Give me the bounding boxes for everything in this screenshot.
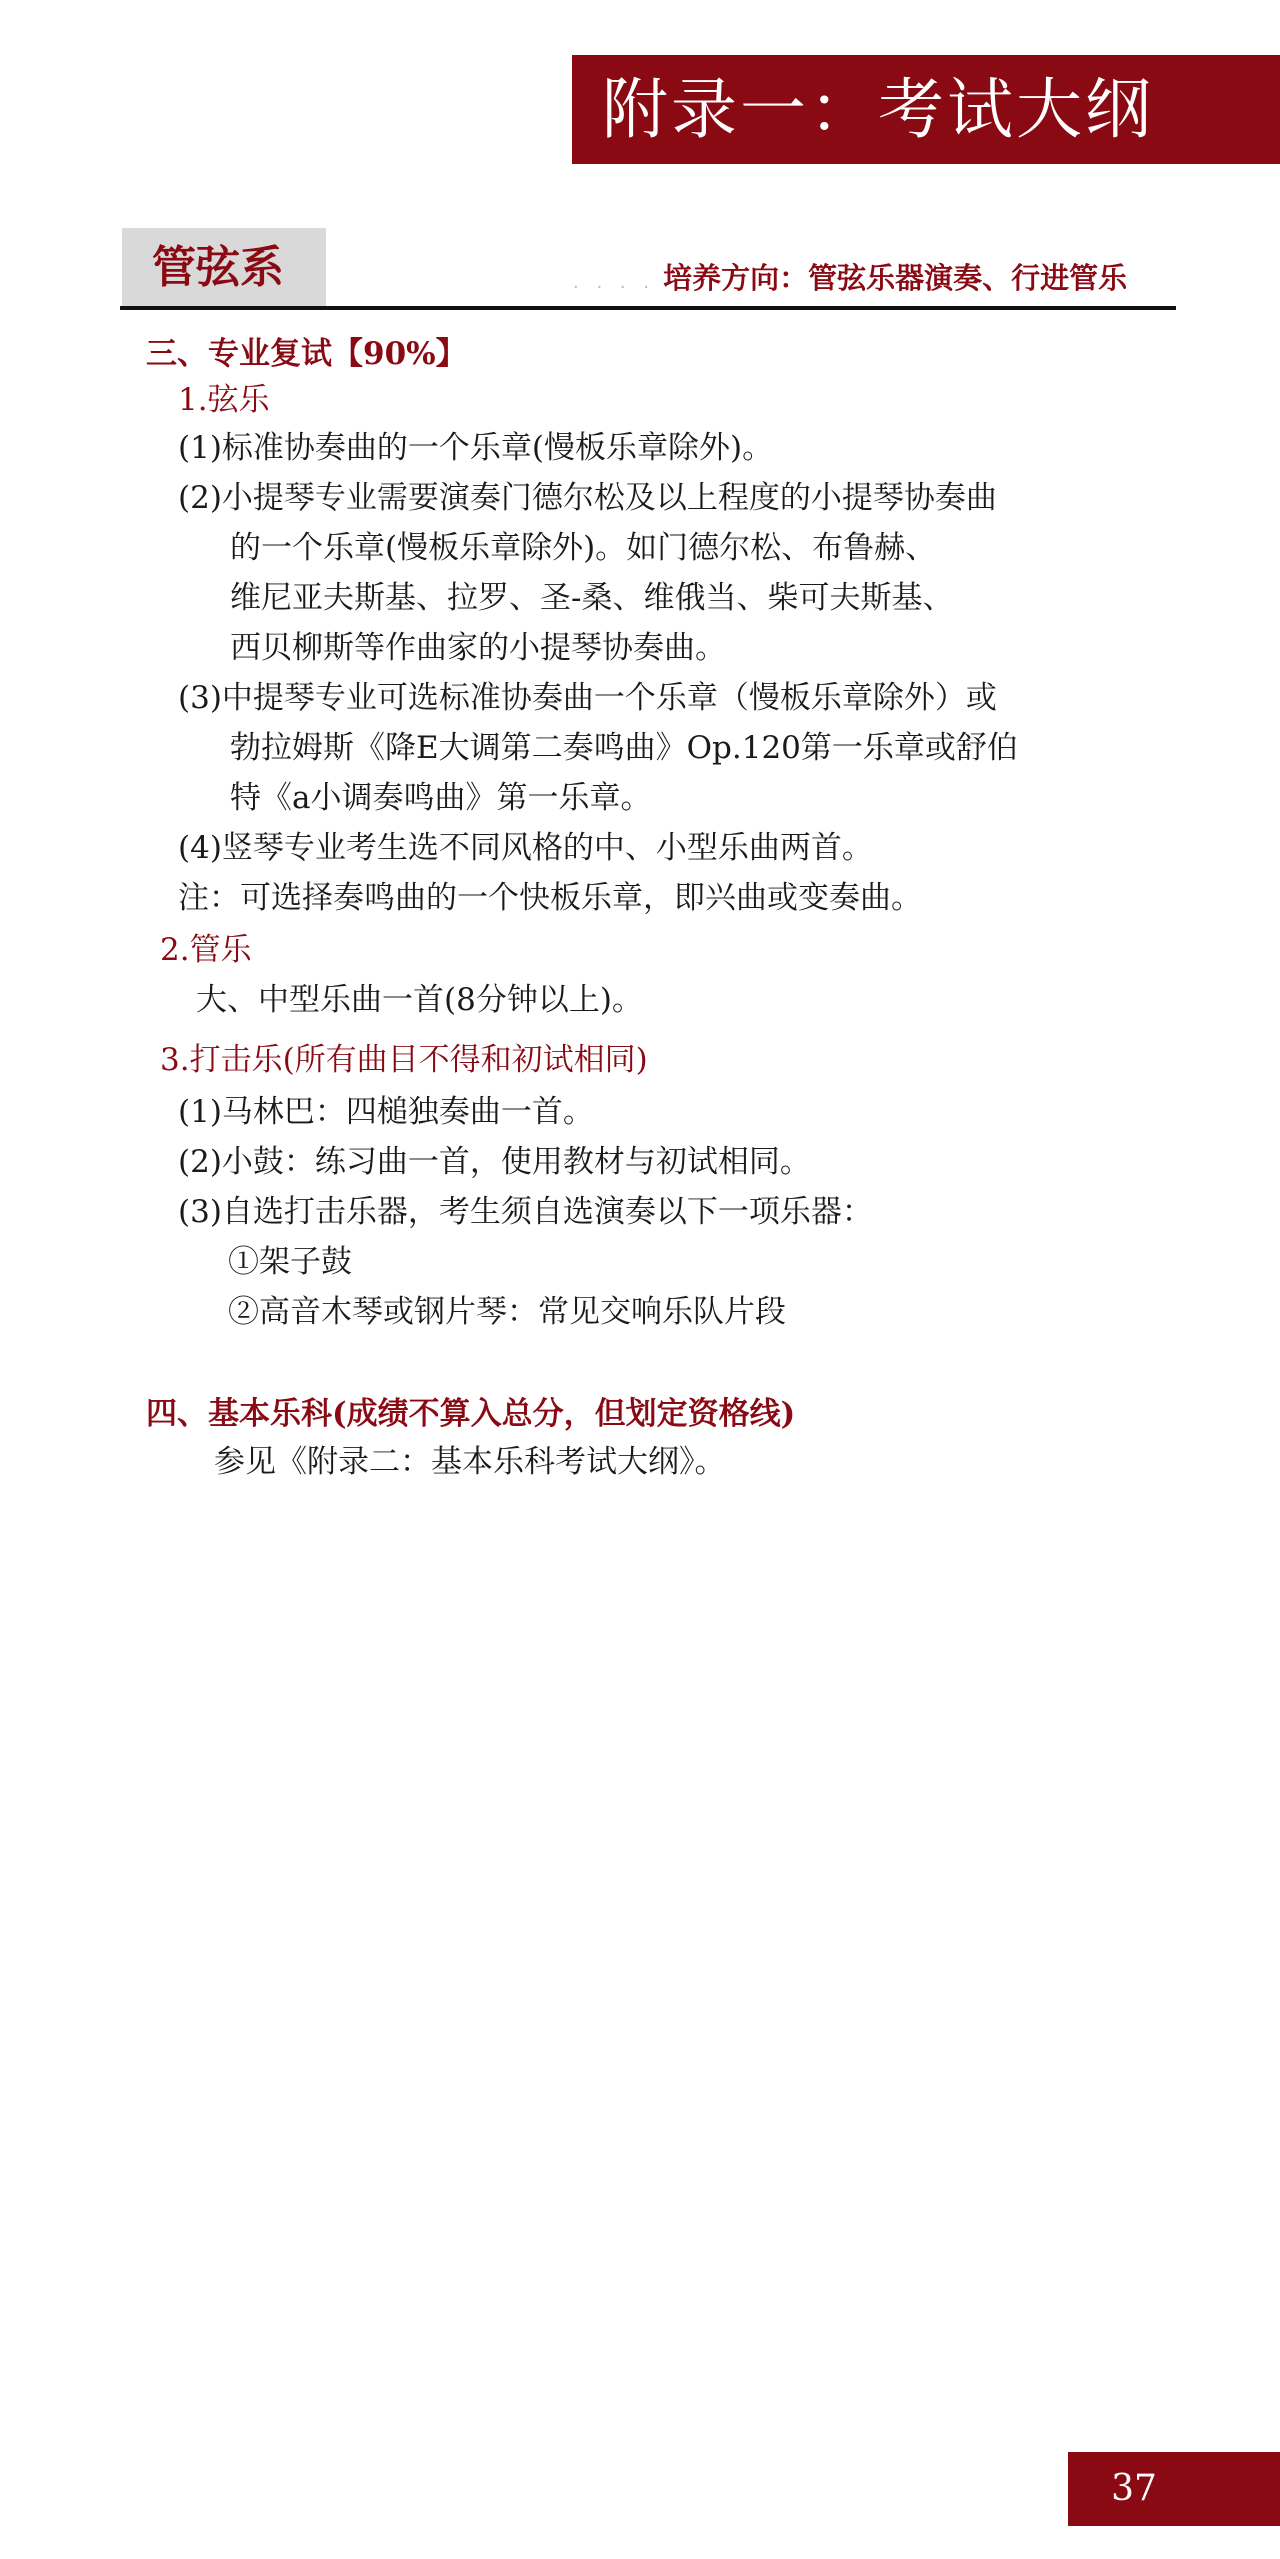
percussion-line: (3)自选打击乐器，考生须自选演奏以下一项乐器： [178,1190,873,1234]
strings-line: 特《a小调奏鸣曲》第一乐章。 [230,776,651,820]
department-name: 管弦系 [152,228,284,307]
strings-line: 维尼亚夫斯基、拉罗、圣-桑、维俄当、柴可夫斯基、 [230,576,953,620]
department-label-box: 管弦系 [122,228,326,307]
section-heading-professional-retest: 三、专业复试【90%】 [146,332,467,376]
subheading-strings: 1.弦乐 [178,378,270,422]
strings-note: 注：可选择奏鸣曲的一个快板乐章，即兴曲或变奏曲。 [178,876,922,920]
percussion-line: (2)小鼓：练习曲一首，使用教材与初试相同。 [178,1140,811,1184]
training-direction-text: 培养方向：管弦乐器演奏、行进管乐 [663,261,1127,295]
winds-line: 大、中型乐曲一首(8分钟以上)。 [196,978,643,1022]
strings-line: (1)标准协奏曲的一个乐章(慢板乐章除外)。 [178,426,773,470]
section4-line: 参见《附录二：基本乐科考试大纲》。 [214,1440,726,1484]
strings-line: 的一个乐章(慢板乐章除外)。如门德尔松、布鲁赫、 [230,526,936,570]
leader-dots: . . . . [573,272,655,293]
title-banner: 附录一：考试大纲 [572,55,1280,164]
strings-line: (2)小提琴专业需要演奏门德尔松及以上程度的小提琴协奏曲 [178,476,997,520]
percussion-line: (1)马林巴：四槌独奏曲一首。 [178,1090,594,1134]
page-number-box: 37 [1068,2452,1280,2526]
subheading-winds: 2.管乐 [160,928,252,972]
strings-line: (3)中提琴专业可选标准协奏曲一个乐章（慢板乐章除外）或 [178,676,997,720]
subheading-percussion: 3.打击乐(所有曲目不得和初试相同) [160,1038,648,1082]
percussion-option: ②高音木琴或钢片琴：常见交响乐队片段 [228,1290,786,1334]
training-direction: . . . .培养方向：管弦乐器演奏、行进管乐 [573,256,1127,300]
page-number: 37 [1068,2452,1200,2526]
section-heading-basic-music: 四、基本乐科(成绩不算入总分，但划定资格线) [146,1392,795,1436]
strings-line: (4)竖琴专业考生选不同风格的中、小型乐曲两首。 [178,826,873,870]
header-divider [120,306,1176,310]
percussion-option: ①架子鼓 [228,1240,352,1284]
strings-line: 西贝柳斯等作曲家的小提琴协奏曲。 [230,626,726,670]
page-title: 附录一：考试大纲 [602,55,1154,164]
strings-line: 勃拉姆斯《降E大调第二奏鸣曲》Op.120第一乐章或舒伯 [230,726,1018,770]
